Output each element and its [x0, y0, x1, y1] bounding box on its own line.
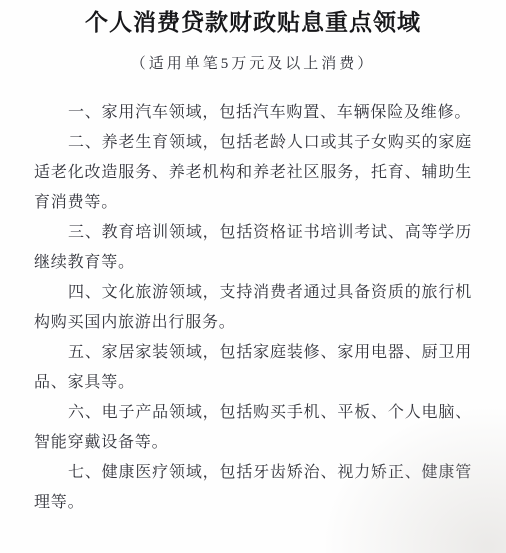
document-title: 个人消费贷款财政贴息重点领域 [0, 8, 506, 38]
body-paragraph-6: 六、电子产品领域，包括购买手机、平板、个人电脑、智能穿戴设备等。 [34, 398, 472, 458]
body-paragraph-1: 一、家用汽车领域，包括汽车购置、车辆保险及维修。 [34, 98, 472, 128]
document-page: 个人消费贷款财政贴息重点领域 （适用单笔5万元及以上消费） 一、家用汽车领域，包… [0, 0, 506, 553]
document-subtitle: （适用单笔5万元及以上消费） [0, 53, 506, 75]
body-paragraph-3: 三、教育培训领域，包括资格证书培训考试、高等学历继续教育等。 [34, 218, 472, 278]
body-paragraph-5: 五、家居家装领域，包括家庭装修、家用电器、厨卫用品、家具等。 [34, 338, 472, 398]
body-paragraph-7: 七、健康医疗领域，包括牙齿矫治、视力矫正、健康管理等。 [34, 458, 472, 518]
body-paragraph-2: 二、养老生育领域，包括老龄人口或其子女购买的家庭适老化改造服务、养老机构和养老社… [34, 128, 472, 218]
body-paragraph-4: 四、文化旅游领域，支持消费者通过具备资质的旅行机构购买国内旅游出行服务。 [34, 278, 472, 338]
document-body: 一、家用汽车领域，包括汽车购置、车辆保险及维修。 二、养老生育领域，包括老龄人口… [34, 98, 472, 518]
